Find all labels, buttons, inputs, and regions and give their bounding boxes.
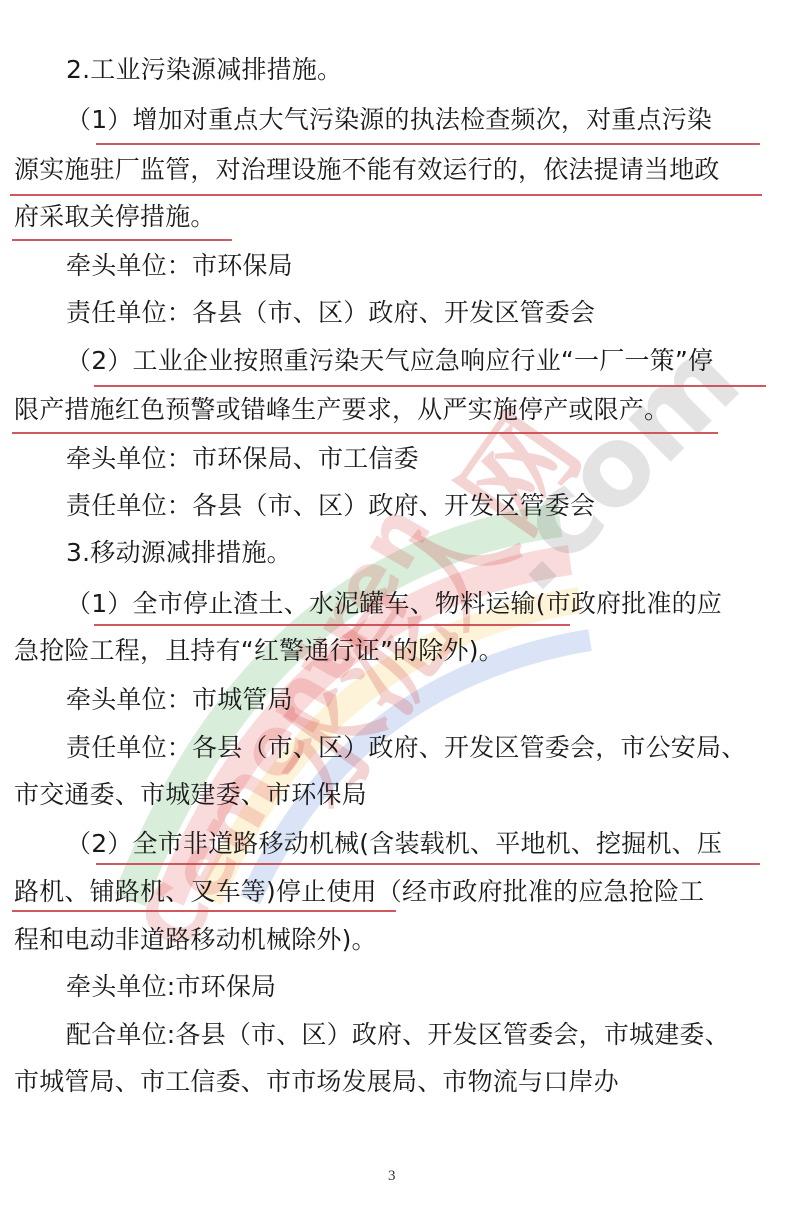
text-line: 程和电动非道路移动机械除外)。 [14, 925, 377, 955]
highlight-underline [96, 143, 760, 145]
highlight-underline [96, 863, 760, 865]
text-line: 配合单位:各县（市、区）政府、开发区管委会，市城建委、 [66, 1020, 730, 1050]
highlight-underline [10, 194, 762, 196]
text-line: 2.工业污染源减排措施。 [66, 55, 342, 85]
text-line: 路机、铺路机、叉车等)停止使用（经市政府批准的应急抢险工 [14, 877, 704, 907]
highlight-underline [94, 624, 570, 626]
text-line: 3.移动源减排措施。 [66, 538, 292, 568]
text-line: 牵头单位：市环保局、市工信委 [66, 444, 419, 474]
text-line: 牵头单位：市城管局 [66, 685, 293, 715]
text-line: （2）工业企业按照重污染天气应急响应行业“一厂一策”停 [66, 346, 713, 376]
text-line: 责任单位：各县（市、区）政府、开发区管委会 [66, 298, 595, 328]
text-line: （1）增加对重点大气污染源的执法检查频次，对重点污染 [66, 105, 712, 135]
text-line: 府采取关停措施。 [14, 202, 216, 232]
highlight-underline [12, 910, 396, 912]
highlight-underline [12, 432, 718, 434]
highlight-underline [94, 385, 766, 387]
text-line: 源实施驻厂监管，对治理设施不能有效运行的，依法提请当地政 [14, 155, 720, 185]
highlight-underline [12, 239, 232, 241]
text-line: 责任单位：各县（市、区）政府、开发区管委会，市公安局、 [66, 733, 746, 763]
text-line: 责任单位：各县（市、区）政府、开发区管委会 [66, 491, 595, 521]
text-line: 牵头单位：市环保局 [66, 251, 293, 281]
page-number: 3 [388, 1168, 396, 1185]
text-line: 牵头单位:市环保局 [66, 972, 276, 1002]
text-line: 市交通委、市城建委、市环保局 [14, 780, 367, 810]
text-line: （1）全市停止渣土、水泥罐车、物料运输(市政府批准的应 [66, 589, 722, 619]
text-line: 限产措施红色预警或错峰生产要求，从严实施停产或限产。 [14, 395, 669, 425]
text-line: 急抢险工程，且持有“红警通行证”的除外)。 [14, 636, 504, 666]
text-line: 市城管局、市工信委、市市场发展局、市物流与口岸办 [14, 1067, 619, 1097]
text-line: （2）全市非道路移动机械(含装载机、平地机、挖掘机、压 [66, 829, 722, 859]
